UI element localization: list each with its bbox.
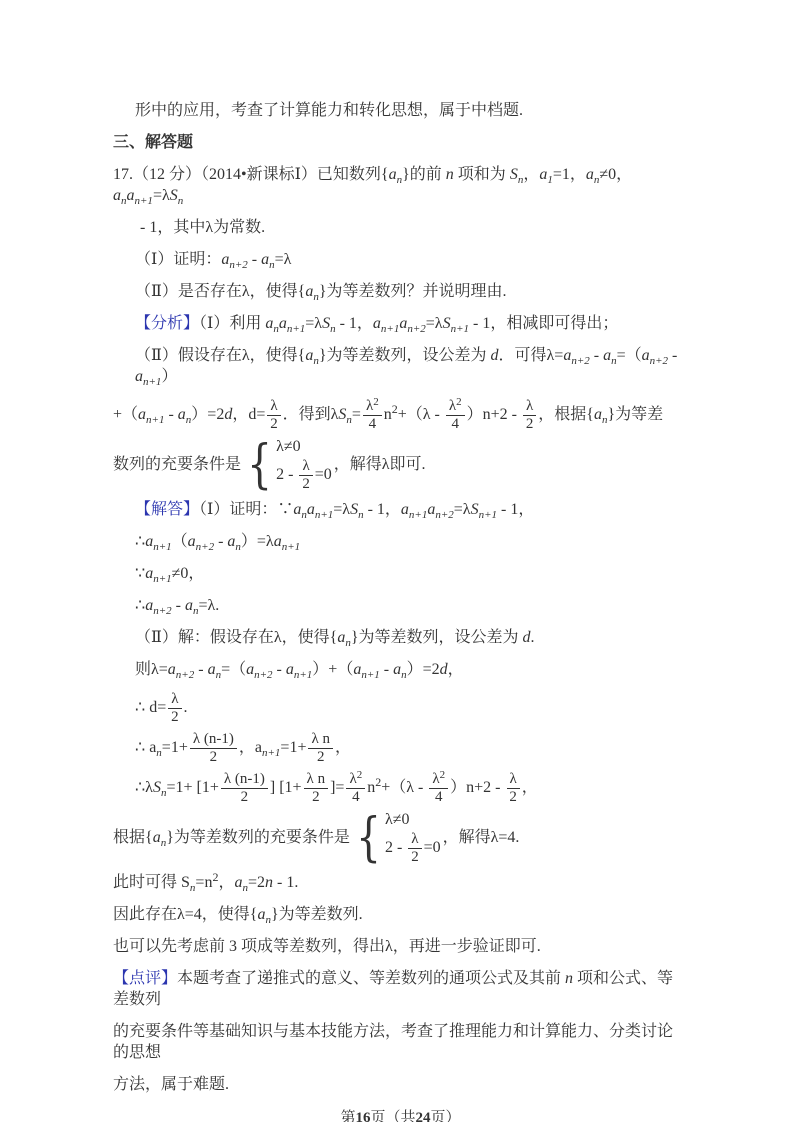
math-token: an xyxy=(265,315,279,332)
text-run: =2 xyxy=(248,874,265,891)
text-run: =λ xyxy=(275,251,292,268)
text-run: ，解得λ即可. xyxy=(334,456,426,473)
subscript: n+1 xyxy=(451,323,469,335)
math-token: Sn xyxy=(170,187,184,204)
subscript: n+1 xyxy=(294,669,312,681)
text-run: ， xyxy=(218,874,234,891)
text-run: ， xyxy=(448,661,464,678)
text-run: - 1，相减即可得出； xyxy=(469,315,618,332)
text-run: ）+（ xyxy=(312,661,353,678)
solution-cases-line: 根据{an}为等差数列的充要条件是{λ≠02 - λ2=0，解得λ=4. xyxy=(113,811,688,866)
math-token: an xyxy=(594,406,608,423)
cases-group: {λ≠02 - λ2=0 xyxy=(243,438,332,493)
text-run: ∴ xyxy=(135,597,145,614)
problem-statement-cont: - 1，其中λ为常数. xyxy=(113,217,688,238)
page-footer: 第16页（共24页） xyxy=(113,1106,688,1122)
text-run: 2 xyxy=(302,476,310,492)
text-run: ]= xyxy=(330,779,344,796)
math-token: an xyxy=(208,661,222,678)
text-run: - xyxy=(194,661,207,678)
solution-formula-an: ∴ an=1+λ (n-1)2，an+1=1+λ n2， xyxy=(113,731,688,766)
subscript: n+1 xyxy=(409,509,427,521)
text-run: - 1， xyxy=(336,315,373,332)
bold-text: 24 xyxy=(416,1110,431,1122)
text-run: λ n xyxy=(311,731,330,747)
text-run: ≠0， xyxy=(599,166,632,183)
subscript: n xyxy=(178,195,184,207)
math-token: an xyxy=(261,251,275,268)
text-run: }为等差数列？并说明理由. xyxy=(319,283,507,300)
fraction-numerator: λ2 xyxy=(346,771,365,789)
fraction: λ2 xyxy=(408,831,421,866)
problem-statement-line: 17.（12 分）（2014•新课标Ⅰ）已知数列{an}的前 n 项和为 Sn，… xyxy=(113,164,688,206)
text-run: . xyxy=(531,629,535,646)
section-label: 【分析】 xyxy=(135,315,199,332)
math-token: d xyxy=(523,629,531,646)
text-run: ∴ xyxy=(135,533,145,550)
math-token: an xyxy=(185,597,199,614)
text-run: （Ⅰ）利用 xyxy=(199,315,265,332)
bold-text: 16 xyxy=(355,1110,370,1122)
text-run: 17.（12 分）（2014•新课标Ⅰ）已知数列{ xyxy=(113,166,389,183)
subscript: n+2 xyxy=(571,355,589,367)
math-token: λ2 xyxy=(449,398,462,414)
document-content: 形中的应用，考查了计算能力和转化思想，属于中档题. 三、解答题 17.（12 分… xyxy=(113,100,688,1122)
math-token: n xyxy=(565,970,573,987)
math-token: an+1 xyxy=(307,501,333,518)
conclusion-line: 因此存在λ=4，使得{an}为等差数列. xyxy=(113,904,688,925)
text-run: =1+ [1+ xyxy=(166,779,218,796)
text-run: 4 xyxy=(435,789,443,805)
text-run: =1， xyxy=(553,166,586,183)
text-run: . xyxy=(184,699,188,716)
math-token: an+2 xyxy=(563,347,589,364)
subscript: n+1 xyxy=(143,376,161,388)
fraction-numerator: λ (n-1) xyxy=(221,771,268,789)
math-token: d xyxy=(440,661,448,678)
text-run: ∴λ xyxy=(135,779,153,796)
fraction-numerator: λ2 xyxy=(363,398,382,416)
subscript: n+1 xyxy=(135,195,153,207)
math-token: an+1 xyxy=(274,533,300,550)
text-run: 此时可得 xyxy=(113,874,181,891)
cases-row: 2 - λ2=0 xyxy=(276,458,332,493)
math-token: n2 xyxy=(367,779,381,796)
math-token: an xyxy=(586,166,600,183)
fraction: λ24 xyxy=(429,771,448,806)
math-token: an xyxy=(257,906,271,923)
text-run: - xyxy=(590,347,603,364)
text-run: =（ xyxy=(617,347,642,364)
math-token: an+1 xyxy=(127,187,153,204)
fraction-numerator: λ xyxy=(523,398,536,416)
math-token: an xyxy=(149,739,162,756)
math-token: an+2 xyxy=(188,533,214,550)
text-run: =λ xyxy=(153,187,170,204)
text-run: 2 - xyxy=(385,839,406,856)
text-run: λ xyxy=(302,458,309,474)
math-token: an+1 xyxy=(279,315,305,332)
question-part2: （Ⅱ）是否存在λ，使得{an}为等差数列？并说明理由. xyxy=(113,281,688,302)
text-run: - xyxy=(668,347,677,364)
analysis-part2: （Ⅱ）假设存在λ，使得{an}为等差数列，设公差为 d．可得λ=an+2 - a… xyxy=(113,345,688,387)
text-run: =λ xyxy=(454,501,471,518)
fraction-denominator: 2 xyxy=(304,789,329,806)
fraction-denominator: 4 xyxy=(429,789,448,806)
text-run: 根据{ xyxy=(113,829,153,846)
math-token: an xyxy=(393,661,407,678)
math-token: an+1 xyxy=(353,661,379,678)
text-run: 页） xyxy=(431,1110,461,1122)
math-token: Sn xyxy=(181,874,195,891)
text-run: ∴ xyxy=(135,739,149,756)
text-run: 2 xyxy=(526,416,534,432)
text-run: 本题考查了递推式的意义、等差数列的通项公式及其前 xyxy=(177,970,565,987)
text-run: ．可得λ= xyxy=(499,347,564,364)
text-run: =1+ xyxy=(280,739,306,756)
superscript: 2 xyxy=(440,769,446,781)
math-token: an+1 xyxy=(401,501,427,518)
subscript: n+1 xyxy=(262,747,280,759)
math-token: an xyxy=(234,874,248,891)
text-run: ）=2 xyxy=(191,406,224,423)
comment-line-1: 【点评】本题考查了递推式的意义、等差数列的通项公式及其前 n 项和公式、等差数列 xyxy=(113,968,688,1010)
text-run: （Ⅰ）证明：∵ xyxy=(199,501,293,518)
text-run: ） xyxy=(161,368,177,385)
text-run: ）=2 xyxy=(407,661,440,678)
text-run: （Ⅰ）证明： xyxy=(135,251,221,268)
math-token: Sn xyxy=(153,779,167,796)
subscript: n+2 xyxy=(650,355,668,367)
text-run: ） xyxy=(467,406,483,423)
analysis-part1: 【分析】（Ⅰ）利用 anan+1=λSn - 1，an+1an+2=λSn+1 … xyxy=(113,313,688,334)
solution-part1: 【解答】（Ⅰ）证明：∵anan+1=λSn - 1，an+1an+2=λSn+1… xyxy=(113,499,688,520)
analysis-formula-line: +（an+1 - an）=2d，d=λ2．得到λSn=λ24n2+（λ - λ2… xyxy=(113,398,688,433)
text-run: +（λ - xyxy=(381,779,427,796)
subscript: n+1 xyxy=(146,414,164,426)
fraction: λ (n-1)2 xyxy=(190,731,237,766)
math-token: n xyxy=(265,874,273,891)
solution-formula-sn: ∴λSn=1+ [1+λ (n-1)2] [1+λ n2]=λ24n2+（λ -… xyxy=(113,771,688,806)
cases-row: 2 - λ2=0 xyxy=(385,831,441,866)
fraction-numerator: λ n xyxy=(308,731,333,749)
text-run: =0 xyxy=(315,466,332,483)
math-token: Sn xyxy=(322,315,336,332)
text-run: - 1，其中λ为常数. xyxy=(140,219,265,236)
text-run: 则λ= xyxy=(135,661,168,678)
text-run: +2 - xyxy=(474,779,504,796)
cases-column: λ≠02 - λ2=0 xyxy=(276,438,332,493)
carryover-text-line: 形中的应用，考查了计算能力和转化思想，属于中档题. xyxy=(113,100,688,121)
text-run: =λ. xyxy=(198,597,219,614)
cases-group: {λ≠02 - λ2=0 xyxy=(352,811,441,866)
text-run: ，根据{ xyxy=(538,406,594,423)
section-label: 【点评】 xyxy=(113,970,177,987)
subscript: n xyxy=(121,195,127,207)
text-run: 2 xyxy=(270,416,278,432)
fraction-denominator: 2 xyxy=(507,789,520,806)
fraction-denominator: 4 xyxy=(346,789,365,806)
cases-column: λ≠02 - λ2=0 xyxy=(385,811,441,866)
text-run: 方法，属于难题. xyxy=(113,1076,229,1093)
text-run: ， xyxy=(232,406,248,423)
text-run: 也可以先考虑前 3 项成等差数列，得出λ，再进一步验证即可. xyxy=(113,938,541,955)
fraction-denominator: 4 xyxy=(363,416,382,433)
text-run: +（ xyxy=(113,406,138,423)
text-run: }为等差 xyxy=(607,406,663,423)
solution-step-4: 则λ=an+2 - an=（an+2 - an+1）+（an+1 - an）=2… xyxy=(113,659,688,680)
math-token: Sn xyxy=(350,501,364,518)
math-token: n2 xyxy=(204,874,218,891)
math-token: an xyxy=(603,347,617,364)
text-run: =1+ xyxy=(162,739,188,756)
math-token: λ2 xyxy=(366,398,379,414)
fraction-numerator: λ xyxy=(267,398,280,416)
cases-row: λ≠0 xyxy=(276,438,332,456)
text-run: }为等差数列，设公差为 xyxy=(351,629,523,646)
text-run: 的充要条件等基础知识与基本技能方法，考查了推理能力和计算能力、分类讨论的思想 xyxy=(113,1023,673,1061)
text-run: 2 - xyxy=(276,466,297,483)
subscript: n+1 xyxy=(479,509,497,521)
fraction: λ n2 xyxy=(304,771,329,806)
text-run: - 1. xyxy=(273,874,298,891)
text-run: （Ⅱ）假设存在λ，使得{ xyxy=(135,347,305,364)
fraction-numerator: λ n xyxy=(304,771,329,789)
text-run: （Ⅱ）是否存在λ，使得{ xyxy=(135,283,305,300)
math-token: n xyxy=(446,166,454,183)
math-token: n xyxy=(483,406,491,423)
text-run: λ (n-1) xyxy=(193,731,234,747)
subscript: n+1 xyxy=(381,323,399,335)
math-token: an+2 xyxy=(145,597,171,614)
text-run: 项和为 xyxy=(454,166,510,183)
fraction: λ (n-1)2 xyxy=(221,771,268,806)
fraction-denominator: 2 xyxy=(308,749,333,766)
fraction: λ2 xyxy=(523,398,536,433)
fraction-numerator: λ xyxy=(408,831,421,849)
math-token: λ2 xyxy=(432,771,445,787)
math-token: n2 xyxy=(384,406,398,423)
fraction: λ24 xyxy=(363,398,382,433)
fraction: λ2 xyxy=(299,458,312,493)
math-token: n xyxy=(466,779,474,796)
fraction-denominator: 4 xyxy=(446,416,465,433)
text-run: =λ xyxy=(333,501,350,518)
text-run: 4 xyxy=(352,789,360,805)
text-run: =（ xyxy=(221,661,246,678)
text-run: +2 - xyxy=(491,406,521,423)
text-run: λ xyxy=(526,398,533,414)
section-heading: 三、解答题 xyxy=(113,132,688,153)
math-token: an xyxy=(337,629,351,646)
math-token: an xyxy=(153,829,167,846)
text-run: ， xyxy=(239,739,255,756)
text-run: 2 xyxy=(171,709,179,725)
text-run: }为等差数列，设公差为 xyxy=(319,347,491,364)
math-token: an xyxy=(305,283,319,300)
text-run: +（λ - xyxy=(398,406,444,423)
text-run: λ≠0 xyxy=(385,811,410,828)
math-token: λ2 xyxy=(349,771,362,787)
math-token: an xyxy=(113,187,127,204)
text-run: 2 xyxy=(241,789,249,805)
fraction: λ2 xyxy=(267,398,280,433)
subscript: n+1 xyxy=(153,573,171,585)
math-token: an xyxy=(389,166,403,183)
text-run: 2 xyxy=(509,789,517,805)
text-run: （Ⅱ）解：假设存在λ，使得{ xyxy=(135,629,337,646)
text-run: λ xyxy=(171,691,178,707)
fraction-denominator: 2 xyxy=(523,416,536,433)
comment-line-2: 的充要条件等基础知识与基本技能方法，考查了推理能力和计算能力、分类讨论的思想 xyxy=(113,1021,688,1063)
solution-step-3: ∴an+2 - an=λ. xyxy=(113,595,688,616)
text-run: =λ xyxy=(305,315,322,332)
text-run: ）=λ xyxy=(241,533,274,550)
math-token: an+2 xyxy=(221,251,247,268)
superscript: 2 xyxy=(373,396,379,408)
text-run: （ xyxy=(172,533,188,550)
text-run: 2 xyxy=(317,749,325,765)
text-run: ∵ xyxy=(135,565,145,582)
text-run: =0 xyxy=(424,839,441,856)
superscript: 2 xyxy=(456,396,462,408)
fraction-denominator: 2 xyxy=(408,849,421,866)
comment-line-3: 方法，属于难题. xyxy=(113,1074,688,1095)
fraction: λ n2 xyxy=(308,731,333,766)
math-token: an+1 xyxy=(145,565,171,582)
solution-part2: （Ⅱ）解：假设存在λ，使得{an}为等差数列，设公差为 d. xyxy=(113,627,688,648)
math-token: an+2 xyxy=(168,661,194,678)
fraction-numerator: λ xyxy=(299,458,312,476)
subscript: n+2 xyxy=(254,669,272,681)
math-token: an xyxy=(178,406,192,423)
text-run: ， xyxy=(522,779,538,796)
fraction: λ24 xyxy=(446,398,465,433)
subscript: n+1 xyxy=(282,541,300,553)
math-token: an+1 xyxy=(138,406,164,423)
math-token: an+2 xyxy=(642,347,668,364)
text-run: ] [1+ xyxy=(270,779,302,796)
text-run: λ xyxy=(411,831,418,847)
text-run: 4 xyxy=(369,416,377,432)
text-run: - xyxy=(164,406,177,423)
analysis-cases-line: 数列的充要条件是{λ≠02 - λ2=0，解得λ即可. xyxy=(113,438,688,493)
text-run: 2 xyxy=(312,789,320,805)
subscript: n+2 xyxy=(229,259,247,271)
math-token: d xyxy=(491,347,499,364)
text-run: 4 xyxy=(452,416,460,432)
math-token: an+2 xyxy=(399,315,425,332)
text-run: ，解得λ=4. xyxy=(443,829,520,846)
text-run: λ n xyxy=(307,771,326,787)
text-run: ．得到λ xyxy=(283,406,339,423)
text-run: 因此存在λ=4，使得{ xyxy=(113,906,257,923)
math-token: an+1 xyxy=(255,739,281,756)
text-run: λ xyxy=(510,771,517,787)
text-run: - xyxy=(380,661,393,678)
solution-result-line: 此时可得 Sn=n2，an=2n - 1. xyxy=(113,872,688,893)
math-token: an+1 xyxy=(145,533,171,550)
superscript: 2 xyxy=(357,769,363,781)
text-run: - xyxy=(214,533,227,550)
bold-text: 三、解答题 xyxy=(113,134,193,151)
text-run: - 1， xyxy=(497,501,534,518)
text-run: =λ xyxy=(426,315,443,332)
cases-row: λ≠0 xyxy=(385,811,441,829)
section-label: 【解答】 xyxy=(135,501,199,518)
text-run: ∴ xyxy=(135,699,149,716)
text-run: ） xyxy=(450,779,466,796)
math-token: an+2 xyxy=(246,661,272,678)
math-token: an+1 xyxy=(286,661,312,678)
subscript: n+2 xyxy=(176,669,194,681)
solution-formula-d: ∴ d=λ2. xyxy=(113,691,688,726)
math-token: an xyxy=(305,347,319,364)
text-run: }的前 xyxy=(402,166,446,183)
math-token: an+2 xyxy=(427,501,453,518)
text-run: 第 xyxy=(340,1110,355,1122)
text-run: ， xyxy=(523,166,539,183)
text-run: ， xyxy=(335,739,351,756)
text-run: λ≠0 xyxy=(276,438,301,455)
solution-step-1: ∴an+1（an+2 - an）=λan+1 xyxy=(113,531,688,552)
math-token: Sn xyxy=(338,406,352,423)
text-run: - xyxy=(248,251,261,268)
subscript: n+2 xyxy=(407,323,425,335)
fraction: λ24 xyxy=(346,771,365,806)
subscript: n+1 xyxy=(153,541,171,553)
math-token: Sn+1 xyxy=(443,315,469,332)
text-run: λ xyxy=(270,398,277,414)
fraction-numerator: λ (n-1) xyxy=(190,731,237,749)
fraction-denominator: 2 xyxy=(190,749,237,766)
text-run: }为等差数列的充要条件是 xyxy=(166,829,350,846)
subscript: n+2 xyxy=(435,509,453,521)
text-run: }为等差数列. xyxy=(271,906,363,923)
left-brace-glyph: { xyxy=(247,441,272,490)
question-part1: （Ⅰ）证明：an+2 - an=λ xyxy=(113,249,688,270)
math-token: an+1 xyxy=(135,368,161,385)
text-run: λ (n-1) xyxy=(224,771,265,787)
text-run: - xyxy=(172,597,185,614)
left-brace-glyph: { xyxy=(356,814,381,863)
alternative-note-line: 也可以先考虑前 3 项成等差数列，得出λ，再进一步验证即可. xyxy=(113,936,688,957)
fraction: λ2 xyxy=(168,691,181,726)
text-run: = xyxy=(157,699,166,716)
text-run: 2 xyxy=(411,849,419,865)
fraction-numerator: λ2 xyxy=(429,771,448,789)
fraction-numerator: λ xyxy=(168,691,181,709)
text-run: = xyxy=(352,406,361,423)
text-run: 页（共 xyxy=(370,1110,415,1122)
subscript: n+2 xyxy=(153,605,171,617)
math-token: an+1 xyxy=(373,315,399,332)
text-run: ≠0， xyxy=(172,565,205,582)
document-page: 形中的应用，考查了计算能力和转化思想，属于中档题. 三、解答题 17.（12 分… xyxy=(0,0,793,1122)
text-run: 形中的应用，考查了计算能力和转化思想，属于中档题. xyxy=(135,102,523,119)
text-run: 数列的充要条件是 xyxy=(113,456,241,473)
fraction-numerator: λ2 xyxy=(446,398,465,416)
math-token: an xyxy=(293,501,307,518)
fraction-denominator: 2 xyxy=(168,709,181,726)
subscript: n+2 xyxy=(196,541,214,553)
fraction: λ2 xyxy=(507,771,520,806)
subscript: n+1 xyxy=(315,509,333,521)
math-token: Sn+1 xyxy=(471,501,497,518)
fraction-denominator: 2 xyxy=(221,789,268,806)
text-run: - xyxy=(273,661,286,678)
solution-step-2: ∵an+1≠0， xyxy=(113,563,688,584)
